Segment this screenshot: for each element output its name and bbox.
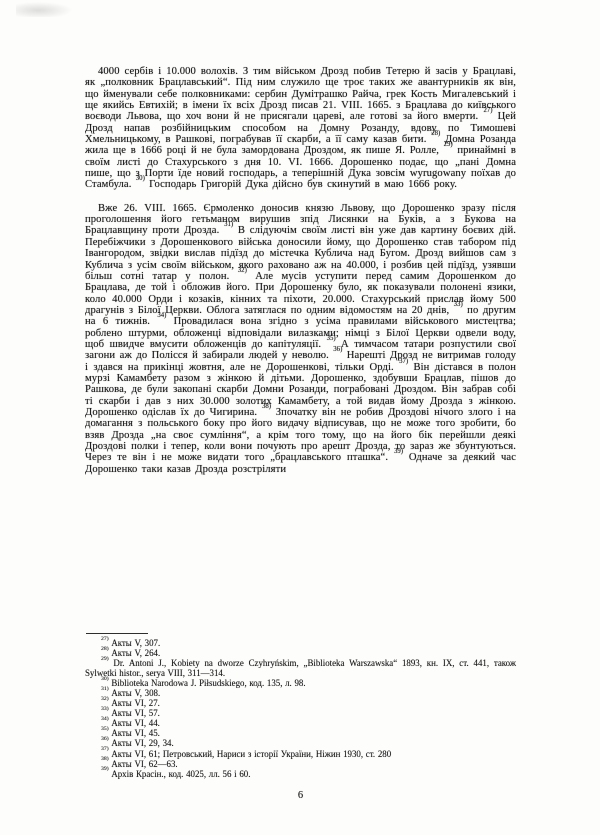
body-text: 4000 сербів і 10.000 волохів. З тим війс… [85, 66, 516, 629]
footnote-marker: 35) [101, 726, 109, 732]
footnote: 38) Акты VI, 62—63. [85, 759, 516, 769]
footnote: 37) Акты VI, 61; Петровський, Нариси з і… [85, 749, 516, 759]
footnote-marker: 27) [483, 107, 492, 114]
footnote-marker: 33) [101, 706, 109, 712]
paragraph: Вже 26. VIII. 1665. Єрмоленко доносив кн… [85, 203, 516, 475]
footnote-separator [86, 633, 148, 634]
footnote-marker: 34) [157, 312, 166, 319]
footnote-marker: 30) [136, 175, 145, 182]
footnote-marker: 31) [101, 686, 109, 692]
footnote: 39) Архів Красін., код. 4025, лл. 56 і 6… [85, 769, 516, 779]
footnote-marker: 28) [431, 130, 440, 137]
footnote-marker: 30) [101, 676, 109, 682]
scan-artifact [16, 2, 72, 17]
page-number: 6 [85, 790, 516, 801]
footnote: 29) Dr. Antoni J., Kobiety na dworze Czy… [85, 658, 516, 678]
footnote-marker: 38) [101, 756, 109, 762]
footnote-marker: 35) [327, 335, 336, 342]
footnote: 35) Акты VI, 45. [85, 728, 516, 738]
footnote-marker: 29) [101, 656, 109, 662]
footnote-marker: 28) [101, 646, 109, 652]
footnote-marker: 32) [238, 267, 247, 274]
footnote: 27) Акты V, 307. [85, 638, 516, 648]
footnote-marker: 31) [224, 221, 233, 228]
footnote-marker: 34) [101, 716, 109, 722]
footnote: 32) Акты VI, 27. [85, 698, 516, 708]
footnote: 33) Акты VI, 57. [85, 708, 516, 718]
footnote-marker: 29) [444, 141, 453, 148]
footnote-marker: 27) [101, 636, 109, 642]
footnote-marker: 32) [101, 696, 109, 702]
footnote-marker: 39) [394, 448, 403, 455]
footnote-marker: 33) [454, 301, 463, 308]
footnote: 28) Акты V, 264. [85, 648, 516, 658]
footnote: 34) Акты VI, 44. [85, 718, 516, 728]
footnote-marker: 38) [262, 403, 271, 410]
paragraph: 4000 сербів і 10.000 волохів. З тим війс… [85, 66, 516, 191]
footnotes-list: 27) Акты V, 307.28) Акты V, 264.29) Dr. … [85, 638, 516, 779]
footnote-marker: 36) [333, 346, 342, 353]
footnote-marker: 39) [101, 766, 109, 772]
footnote: 31) Акты V, 308. [85, 688, 516, 698]
footnote: 30) Biblioteka Narodowa J. Piłsudskiego,… [85, 678, 516, 688]
footnote-marker: 36) [101, 736, 109, 742]
book-page: 4000 сербів і 10.000 волохів. З тим війс… [0, 0, 600, 835]
footnote-marker: 37) [399, 358, 408, 365]
footnote-marker: 37) [101, 746, 109, 752]
footnote: 36) Акты VI, 29, 34. [85, 738, 516, 748]
